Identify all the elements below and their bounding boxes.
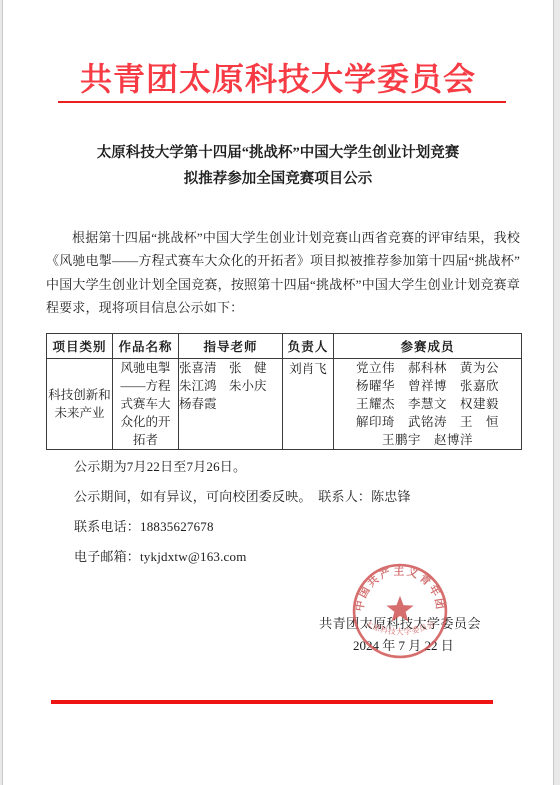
category-line: 未来产业 (47, 404, 112, 422)
advisor-line: 杨春霞 (179, 395, 282, 413)
member-line: 党立伟 郝科林 黄为公 (334, 359, 521, 377)
table-row: 科技创新和 未来产业 风驰电掣 ——方程 式赛车大 众化的开 拓者 张喜清 张 … (47, 359, 522, 450)
body-line: 程要求，现将项目信息公示如下： (46, 296, 520, 319)
doc-title-line2: 拟推荐参加全国竞赛项目公示 (3, 171, 553, 188)
letterhead-title: 共青团太原科技大学委员会 (3, 58, 553, 100)
work-name-line: 式赛车大 (113, 395, 178, 413)
work-name-line: ——方程 (113, 377, 178, 395)
cell-work-name: 风驰电掣 ——方程 式赛车大 众化的开 拓者 (113, 359, 179, 450)
advisor-line: 朱江鸿 朱小庆 (179, 377, 282, 395)
table-header-row: 项目类别 作品名称 指导老师 负责人 参赛成员 (47, 334, 522, 359)
note-objection-contact: 公示期间，如有异议，可向校团委反映。 联系人：陈忠锋 (74, 489, 411, 505)
note-publicity-period: 公示期为7月22日至7月26日。 (74, 459, 246, 475)
cell-leader: 刘肖飞 (283, 359, 334, 450)
member-line: 王鹏宇 赵博洋 (334, 431, 521, 449)
col-header-leader: 负责人 (283, 334, 334, 359)
official-seal: 中国共产主义青年团 太原科技大学委员会 (351, 562, 449, 660)
leader-name: 刘肖飞 (283, 359, 333, 377)
note-email: 电子邮箱：tykjdxtw@163.com (74, 549, 247, 565)
cell-members: 党立伟 郝科林 黄为公 杨曜华 曾祥博 张嘉欣 王耀杰 李慧文 权建毅 解印琦 … (334, 359, 522, 450)
col-header-work-name: 作品名称 (113, 334, 179, 359)
cell-advisors: 张喜清 张 健 朱江鸿 朱小庆 杨春霞 (179, 359, 283, 450)
col-header-members: 参赛成员 (334, 334, 522, 359)
col-header-advisors: 指导老师 (179, 334, 283, 359)
letterhead-rule (58, 101, 506, 103)
advisor-line: 张喜清 张 健 (179, 359, 282, 377)
body-line: 《风驰电掣——方程式赛车大众化的开拓者》项目拟被推荐参加第十四届“挑战杯” (46, 249, 520, 272)
col-header-category: 项目类别 (47, 334, 113, 359)
cell-category: 科技创新和 未来产业 (47, 359, 113, 450)
doc-title-line1: 太原科技大学第十四届“挑战杯”中国大学生创业计划竞赛 (3, 145, 553, 162)
work-name-line: 风驰电掣 (113, 359, 178, 377)
member-line: 解印琦 武铭涛 王 恒 (334, 413, 521, 431)
category-line: 科技创新和 (47, 386, 112, 404)
work-name-line: 众化的开 (113, 413, 178, 431)
member-line: 杨曜华 曾祥博 张嘉欣 (334, 377, 521, 395)
footer-rule (51, 700, 493, 704)
seal-star-icon (386, 596, 413, 622)
note-phone: 联系电话：18835627678 (74, 519, 214, 535)
member-line: 王耀杰 李慧文 权建毅 (334, 395, 521, 413)
seal-inner-text: 太原科技大学委员会 (364, 618, 436, 636)
body-line: 中国大学生创业计划全国竞赛，按照第十四届“挑战杯”中国大学生创业计划竞赛章 (46, 273, 520, 296)
body-paragraph: 根据第十四届“挑战杯”中国大学生创业计划竞赛山西省竞赛的评审结果，我校 《风驰电… (46, 226, 520, 320)
work-name-line: 拓者 (113, 431, 178, 449)
body-line: 根据第十四届“挑战杯”中国大学生创业计划竞赛山西省竞赛的评审结果，我校 (46, 226, 520, 249)
project-table: 项目类别 作品名称 指导老师 负责人 参赛成员 科技创新和 未来产业 风驰电掣 … (46, 333, 522, 450)
document-page: 共青团太原科技大学委员会 太原科技大学第十四届“挑战杯”中国大学生创业计划竞赛 … (2, 0, 554, 785)
